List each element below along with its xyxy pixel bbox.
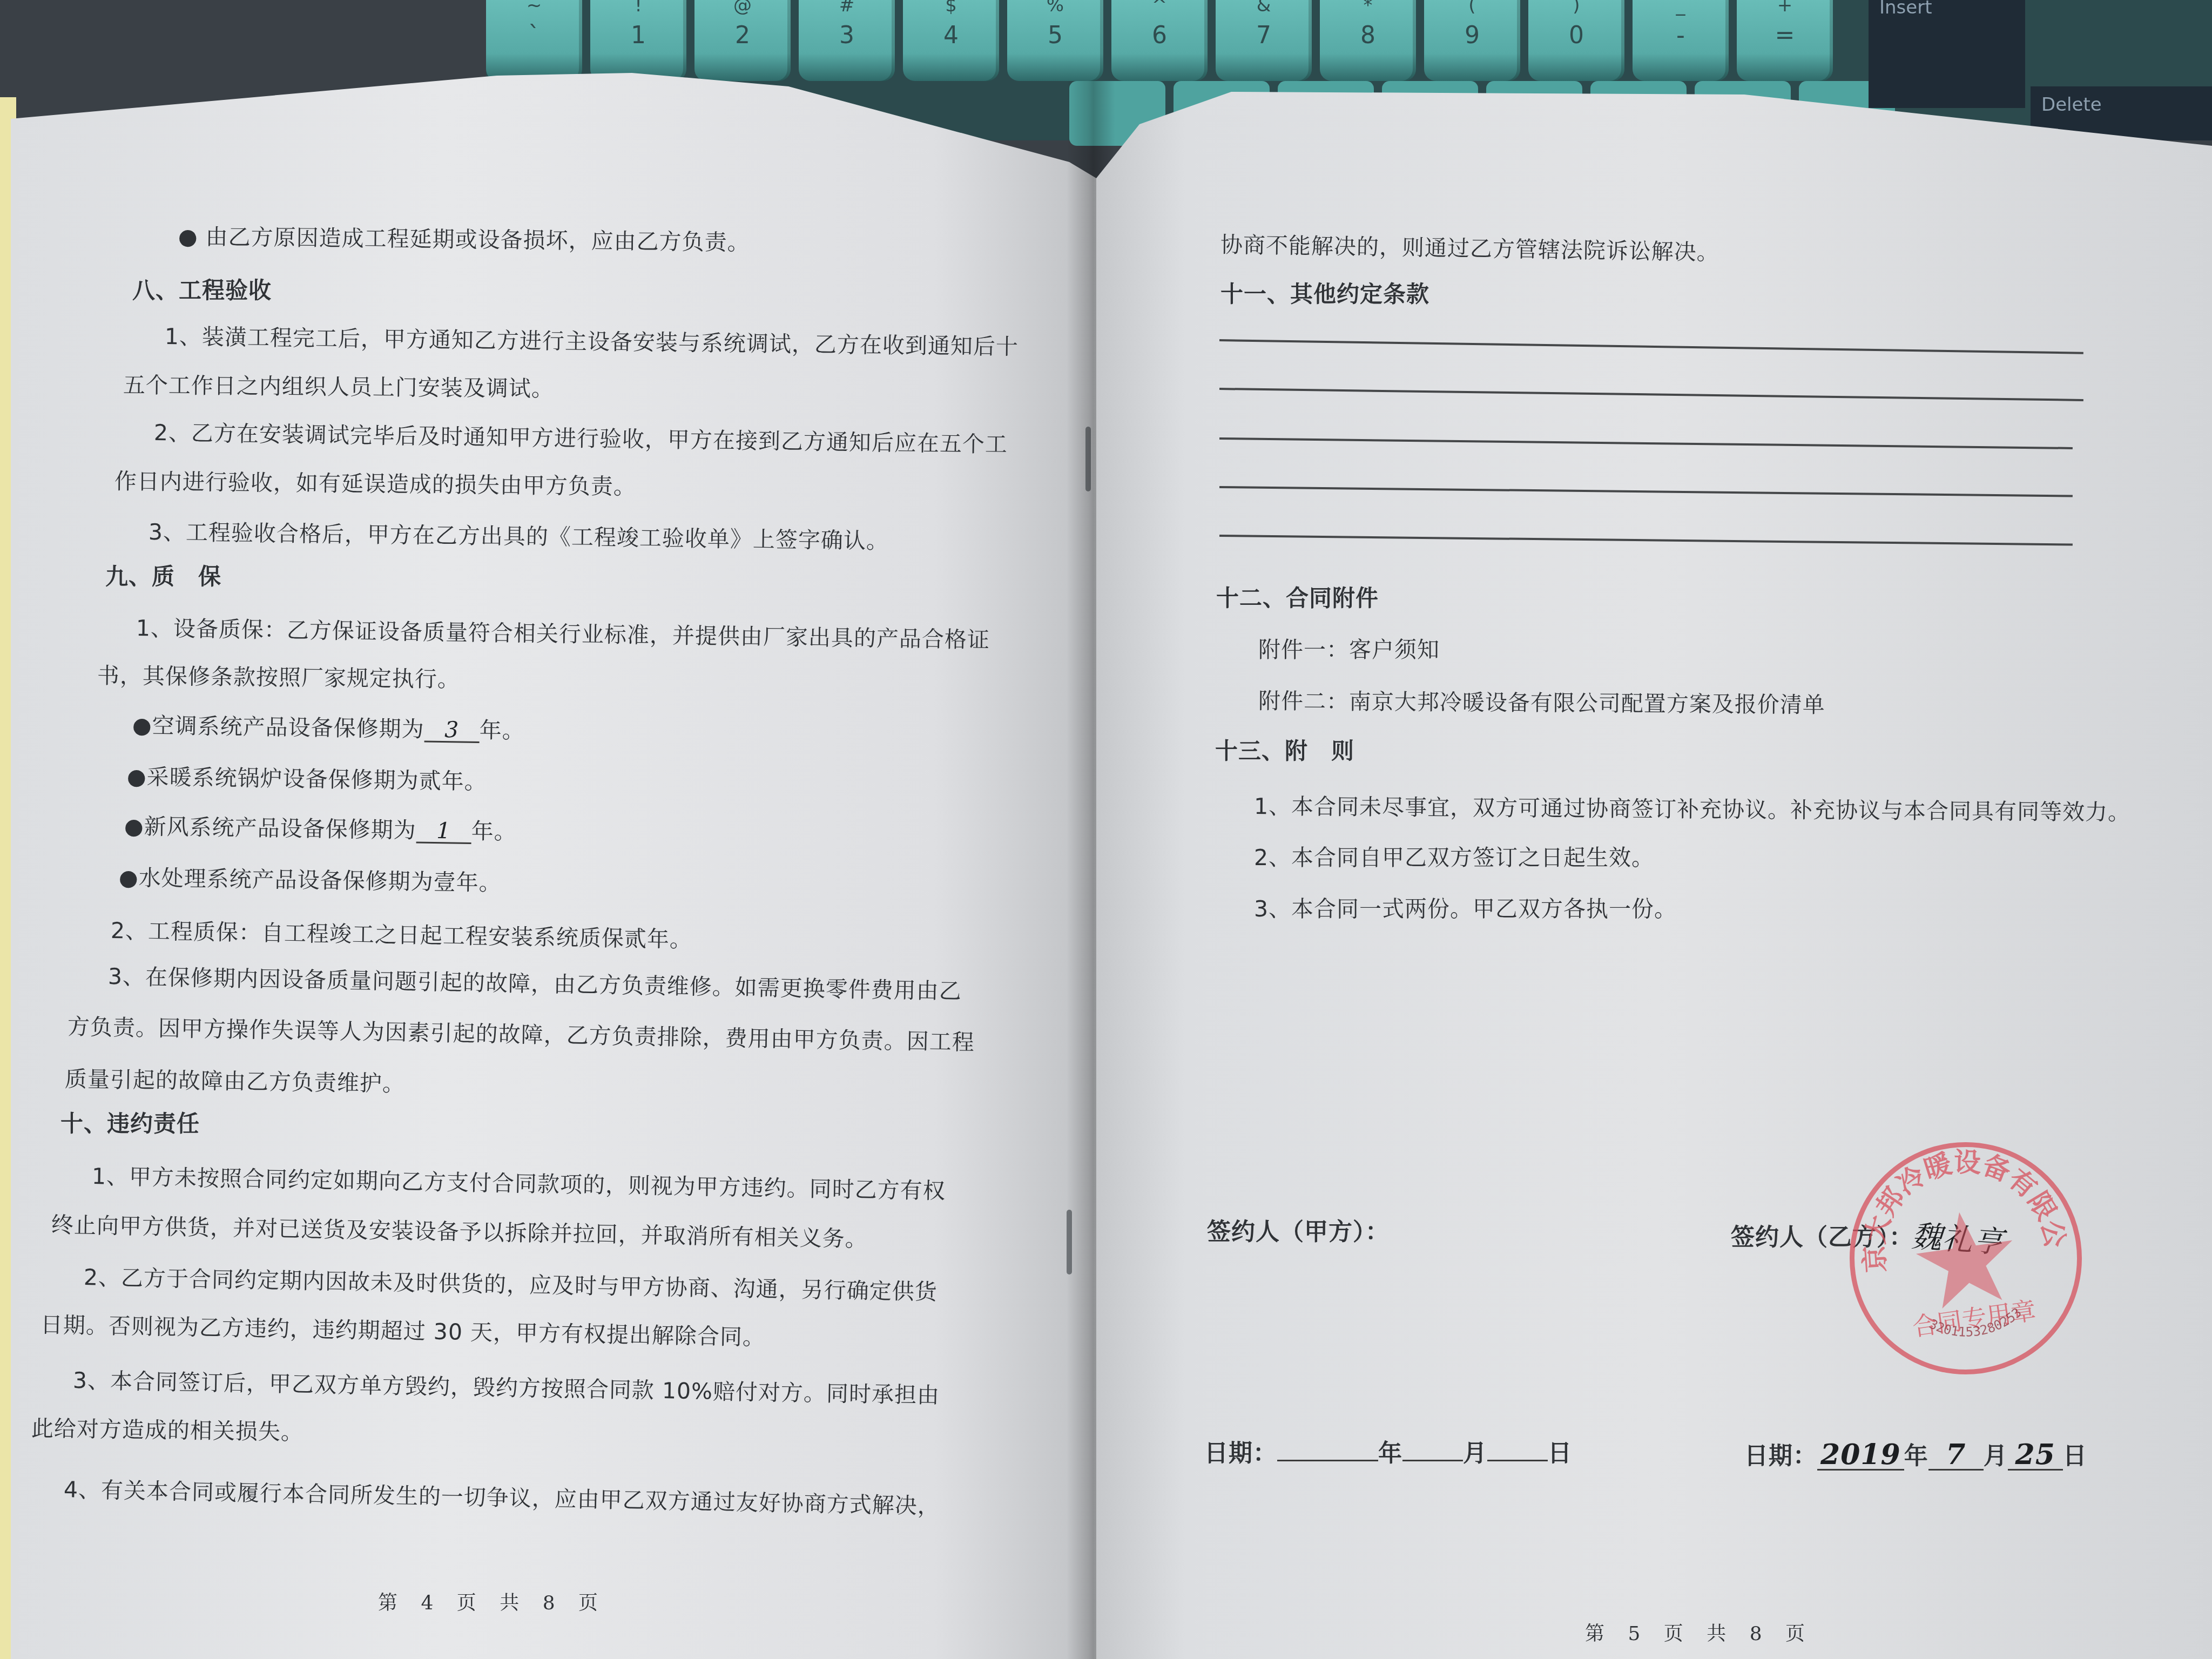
party-a-month-unit: 月	[1463, 1440, 1487, 1467]
warranty-ac: ●空调系统产品设备保修期为3年。	[132, 707, 525, 745]
warranty-heating: ●采暖系统锅炉设备保修期为贰年。	[127, 759, 488, 795]
warranty-fresh-air: ●新风系统产品设备保修期为1年。	[124, 808, 517, 846]
section-9-heading: 九、质 保	[105, 559, 221, 591]
blank-line-5[interactable]	[1219, 535, 2073, 546]
warranty-ac-years-field[interactable]: 3	[424, 719, 480, 743]
section-10-heading: 十、违约责任	[60, 1106, 200, 1138]
party-a-signatory-label: 签约人（甲方）：	[1207, 1212, 1390, 1247]
party-b-date: 日期：2019年7月25日	[1744, 1437, 2087, 1471]
clause-9-2: 2、工程质保：自工程竣工之日起工程安装系统质保贰年。	[111, 913, 693, 954]
section-12-heading: 十二、合同附件	[1216, 581, 1379, 613]
keyboard-key: *8	[1320, 0, 1416, 81]
clause-8-1-line1: 1、装潢工程完工后，甲方通知乙方进行主设备安装与系统调试，乙方在收到通知后十	[165, 319, 1019, 361]
keyboard-key: ~`	[486, 0, 582, 81]
page-number-4: 第 4 页 共 8 页	[378, 1588, 606, 1615]
party-b-month-field[interactable]: 7	[1928, 1441, 1984, 1471]
company-seal: 南京大邦冷暖设备有限公司 合同专用章 3201153280253	[1835, 1127, 2097, 1390]
party-b-date-label: 日期：	[1744, 1442, 1817, 1470]
clause-8-3: 3、工程验收合格后，甲方在乙方出具的《工程竣工验收单》上签字确认。	[149, 514, 889, 555]
keyboard-key: )0	[1528, 0, 1624, 81]
attachment-2: 附件二：南京大邦冷暖设备有限公司配置方案及报价清单	[1258, 683, 1825, 719]
clause-9-1-line2: 书，其保修条款按照厂家规定执行。	[97, 658, 461, 693]
section-8-heading: 八、工程验收	[132, 273, 272, 305]
clause-10-2-line1: 2、乙方于合同约定期内因故未及时供货的，应及时与甲方协商、沟通，另行确定供货	[83, 1259, 938, 1306]
keyboard-key: %5	[1007, 0, 1103, 81]
blank-line-2[interactable]	[1219, 388, 2083, 401]
clause-10-2-line2: 日期。否则视为乙方违约，违约期超过 30 天，甲方有权提出解除合同。	[40, 1307, 765, 1351]
contract-page-4: ● 由乙方原因造成工程延期或设备损坏，应由乙方负责。 八、工程验收 1、装潢工程…	[11, 0, 1096, 1659]
clause-9-3-line1: 3、在保修期内因设备质量问题引起的故障，由乙方负责维修。如需更换零件费用由乙	[107, 959, 962, 1006]
clause-8-1-line2: 五个工作日之内组织人员上门安装及调试。	[123, 367, 554, 403]
party-a-date: 日期：年月日	[1204, 1434, 1572, 1468]
party-a-date-label: 日期：	[1204, 1440, 1277, 1467]
clause-10-1-line2: 终止向甲方供货，并对已送货及安装设备予以拆除并拉回，并取消所有相关义务。	[51, 1207, 868, 1253]
warranty-ac-unit: 年。	[479, 717, 525, 744]
clause-10-1-line1: 1、甲方未按照合同约定如期向乙方支付合同款项的，则视为甲方违约。同时乙方有权	[91, 1158, 946, 1205]
clause-8-2-line2: 作日内进行验收，如有延误造成的损失由甲方负责。	[114, 463, 637, 501]
party-b-day-field[interactable]: 25	[2008, 1441, 2063, 1471]
warranty-fresh-air-unit: 年。	[471, 818, 517, 845]
bullet-delay-clause: ● 由乙方原因造成工程延期或设备损坏，应由乙方负责。	[178, 219, 750, 257]
clause-13-2: 2、本合同自甲乙双方签订之日起生效。	[1254, 840, 1654, 872]
blank-line-1[interactable]	[1219, 339, 2083, 354]
warranty-fresh-air-years-field[interactable]: 1	[416, 820, 471, 844]
party-b-year-field[interactable]: 2019	[1817, 1441, 1904, 1471]
contract-page-5: 协商不能解决的，则通过乙方管辖法院诉讼解决。 十一、其他约定条款 十二、合同附件…	[1096, 0, 2212, 1659]
keyboard-key: +=	[1737, 0, 1833, 81]
keyboard-key: $4	[903, 0, 999, 81]
warranty-water: ●水处理系统产品设备保修期为壹年。	[119, 860, 502, 897]
party-b-year-unit: 年	[1904, 1442, 1928, 1470]
keyboard-key: _-	[1633, 0, 1729, 81]
party-a-year-field[interactable]	[1277, 1460, 1378, 1461]
clause-13-1: 1、本合同未尽事宜，双方可通过协商签订补充协议。补充协议与本合同具有同等效力。	[1254, 788, 2130, 826]
clause-10-4-continuation: 协商不能解决的，则通过乙方管辖法院诉讼解决。	[1220, 227, 1720, 267]
keyboard-key: ^6	[1111, 0, 1208, 81]
blank-line-3[interactable]	[1219, 437, 2073, 449]
party-a-year-unit: 年	[1378, 1440, 1402, 1467]
clause-10-4: 4、有关本合同或履行本合同所发生的一切争议，应由甲乙双方通过友好协商方式解决，	[63, 1472, 940, 1520]
keyboard-key: @2	[694, 0, 791, 81]
keyboard-key: &7	[1216, 0, 1312, 81]
attachment-1: 附件一：客户须知	[1258, 632, 1440, 664]
section-13-heading: 十三、附 则	[1215, 733, 1354, 766]
clause-13-3: 3、本合同一式两份。甲乙双方各执一份。	[1254, 891, 1677, 923]
clause-8-2-line1: 2、乙方在安装调试完毕后及时通知甲方进行验收，甲方在接到乙方通知后应在五个工	[154, 415, 1008, 458]
clause-9-1-line1: 1、设备质保：乙方保证设备质量符合相关行业标准，并提供由厂家出具的产品合格证	[136, 610, 990, 654]
section-11-heading: 十一、其他约定条款	[1220, 276, 1429, 309]
party-a-month-field[interactable]	[1402, 1460, 1463, 1461]
keyboard-key: !1	[590, 0, 686, 81]
seal-star-icon: 南京大邦冷暖设备有限公司 合同专用章 3201153280253	[1840, 1132, 2091, 1384]
blank-line-4[interactable]	[1219, 486, 2073, 497]
clause-10-3-line2: 此给对方造成的相关损失。	[31, 1411, 304, 1446]
party-b-month-unit: 月	[1984, 1442, 2008, 1470]
warranty-fresh-air-label: ●新风系统产品设备保修期为	[124, 813, 416, 844]
party-a-day-unit: 日	[1548, 1440, 1572, 1467]
keyboard-key: (9	[1424, 0, 1520, 81]
party-b-day-unit: 日	[2063, 1442, 2087, 1470]
warranty-ac-label: ●空调系统产品设备保修期为	[132, 712, 424, 743]
party-a-day-field[interactable]	[1487, 1460, 1548, 1461]
page-number-5: 第 5 页 共 8 页	[1585, 1618, 1813, 1646]
keyboard-key: #3	[799, 0, 895, 81]
keyboard-key-insert: Insert	[1869, 0, 2025, 108]
clause-9-3-line3: 质量引起的故障由乙方负责维护。	[65, 1061, 406, 1098]
clause-9-3-line2: 方负责。因甲方操作失误等人为因素引起的故障，乙方负责排除，费用由甲方负责。因工程	[67, 1009, 975, 1056]
clause-10-3-line1: 3、本合同签订后，甲乙双方单方毁约，毁约方按照合同款 10%赔付对方。同时承担由	[72, 1363, 940, 1410]
